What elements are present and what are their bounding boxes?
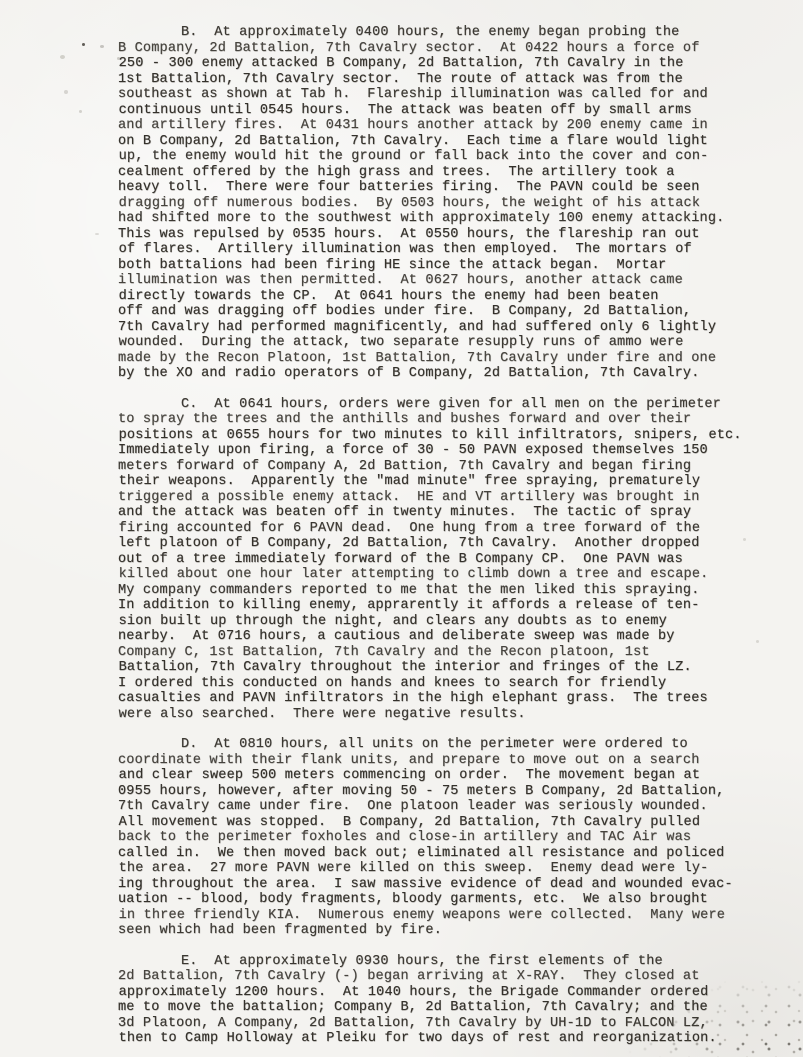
text-line: made by the Recon Platoon, 1st Battalion…	[118, 351, 778, 367]
text-line: 250 - 300 enemy attacked B Company, 2d B…	[119, 56, 779, 72]
text-line: sion built up through the night, and cle…	[119, 614, 779, 630]
text-line: uation -- blood, body fragments, bloody …	[118, 892, 778, 908]
text-line: illumination was then permitted. At 0627…	[118, 273, 778, 289]
text-line: firing accounted for 6 PAVN dead. One hu…	[119, 521, 779, 537]
text-line: ing throughout the area. I saw massive e…	[118, 877, 778, 893]
text-line: Immediately upon firing, a force of 30 -…	[118, 443, 778, 459]
text-line: the area. 27 more PAVN were killed on th…	[119, 861, 779, 877]
text-line: directly towards the CP. At 0641 hours t…	[119, 289, 779, 305]
text-line: 1st Battalion, 7th Cavalry sector. The r…	[118, 72, 778, 88]
text-line: back to the perimeter foxholes and close…	[118, 830, 778, 846]
text-line: My company commanders reported to me tha…	[118, 583, 778, 599]
text-line: left platoon of B Company, 2d Battalion,…	[118, 536, 778, 552]
text-line: had shifted more to the southwest with a…	[118, 211, 778, 227]
scan-speck	[756, 640, 759, 643]
text-line: wounded. During the attack, two separate…	[119, 335, 779, 351]
paragraph-c: C. At 0641 hours, orders were given for …	[118, 397, 778, 723]
scanned-page: B. At approximately 0400 hours, the enem…	[0, 0, 803, 1057]
text-line: B Company, 2d Battalion, 7th Cavalry sec…	[118, 41, 778, 57]
text-line: C. At 0641 hours, orders were given for …	[118, 397, 778, 413]
text-line: and artillery fires. At 0431 hours anoth…	[118, 118, 778, 134]
scan-speckle-corner	[533, 907, 803, 1057]
scan-speck	[64, 90, 68, 94]
text-line: out of a tree immediately forward of the…	[118, 552, 778, 568]
scan-speck	[95, 233, 99, 235]
text-line: This was repulsed by 0535 hours. At 0550…	[118, 227, 778, 243]
text-line: nearby. At 0716 hours, a cautious and de…	[118, 629, 778, 645]
text-line: and clear sweep 500 meters commencing on…	[119, 768, 779, 784]
text-line: heavy toll. There were four batteries fi…	[118, 180, 778, 196]
text-line: and the attack was beaten off in twenty …	[118, 505, 778, 521]
text-line: 7th Cavalry had performed magnificently,…	[118, 320, 778, 336]
text-line: on B Company, 2d Battalion, 7th Cavalry.…	[118, 134, 778, 150]
text-line: All movement was stopped. B Company, 2d …	[119, 815, 779, 831]
text-line: by the XO and radio operators of B Compa…	[118, 366, 778, 382]
scan-speck	[100, 45, 104, 48]
text-line: to spray the trees and the anthills and …	[118, 412, 778, 428]
text-line: 7th Cavalry came under fire. One platoon…	[118, 799, 778, 815]
text-line: Company C, 1st Battalion, 7th Cavalry an…	[118, 645, 778, 661]
text-line: killed about one hour later attempting t…	[119, 567, 779, 583]
text-line: their weapons. Apparently the "mad minut…	[119, 474, 779, 490]
scan-speck	[79, 110, 82, 113]
text-line: cealment offered by the high grass and t…	[118, 165, 778, 181]
text-line: both battalions had been firing HE since…	[118, 258, 778, 274]
scan-speck	[743, 538, 746, 541]
text-line: called in. We then moved back out; elimi…	[118, 846, 778, 862]
text-line: B. At approximately 0400 hours, the enem…	[118, 25, 778, 41]
paragraph-b: B. At approximately 0400 hours, the enem…	[118, 25, 778, 382]
text-line: positions at 0655 hours for two minutes …	[119, 428, 779, 444]
scan-speck	[82, 43, 85, 46]
text-line: triggered a possible enemy attack. HE an…	[118, 490, 778, 506]
scan-speck	[60, 55, 65, 59]
text-line: 0955 hours, however, after moving 50 - 7…	[118, 784, 778, 800]
text-line: coordinate with their flank units, and p…	[118, 753, 778, 769]
text-line: D. At 0810 hours, all units on the perim…	[118, 737, 778, 753]
text-line: continuous until 0545 hours. The attack …	[119, 103, 779, 119]
text-line: I ordered this conducted on hands and kn…	[118, 676, 778, 692]
text-line: Battalion, 7th Cavalry throughout the in…	[119, 660, 779, 676]
text-line: In addition to killing enemy, apprarentl…	[118, 598, 778, 614]
text-line: casualties and PAVN infiltrators in the …	[118, 691, 778, 707]
text-line: dragging off numerous bodies. By 0503 ho…	[119, 196, 779, 212]
text-line: southeast as shown at Tab h. Flareship i…	[118, 87, 778, 103]
text-line: of flares. Artillery illumination was th…	[119, 242, 779, 258]
text-line: were also searched. There were negative …	[119, 707, 779, 723]
scan-speck	[117, 57, 120, 60]
document-body: B. At approximately 0400 hours, the enem…	[118, 25, 778, 1057]
text-line: off and was dragging off bodies under fi…	[118, 304, 778, 320]
text-line: meters forward of Company A, 2d Battion,…	[118, 459, 778, 475]
text-line: up, the enemy would hit the ground or fa…	[119, 149, 779, 165]
